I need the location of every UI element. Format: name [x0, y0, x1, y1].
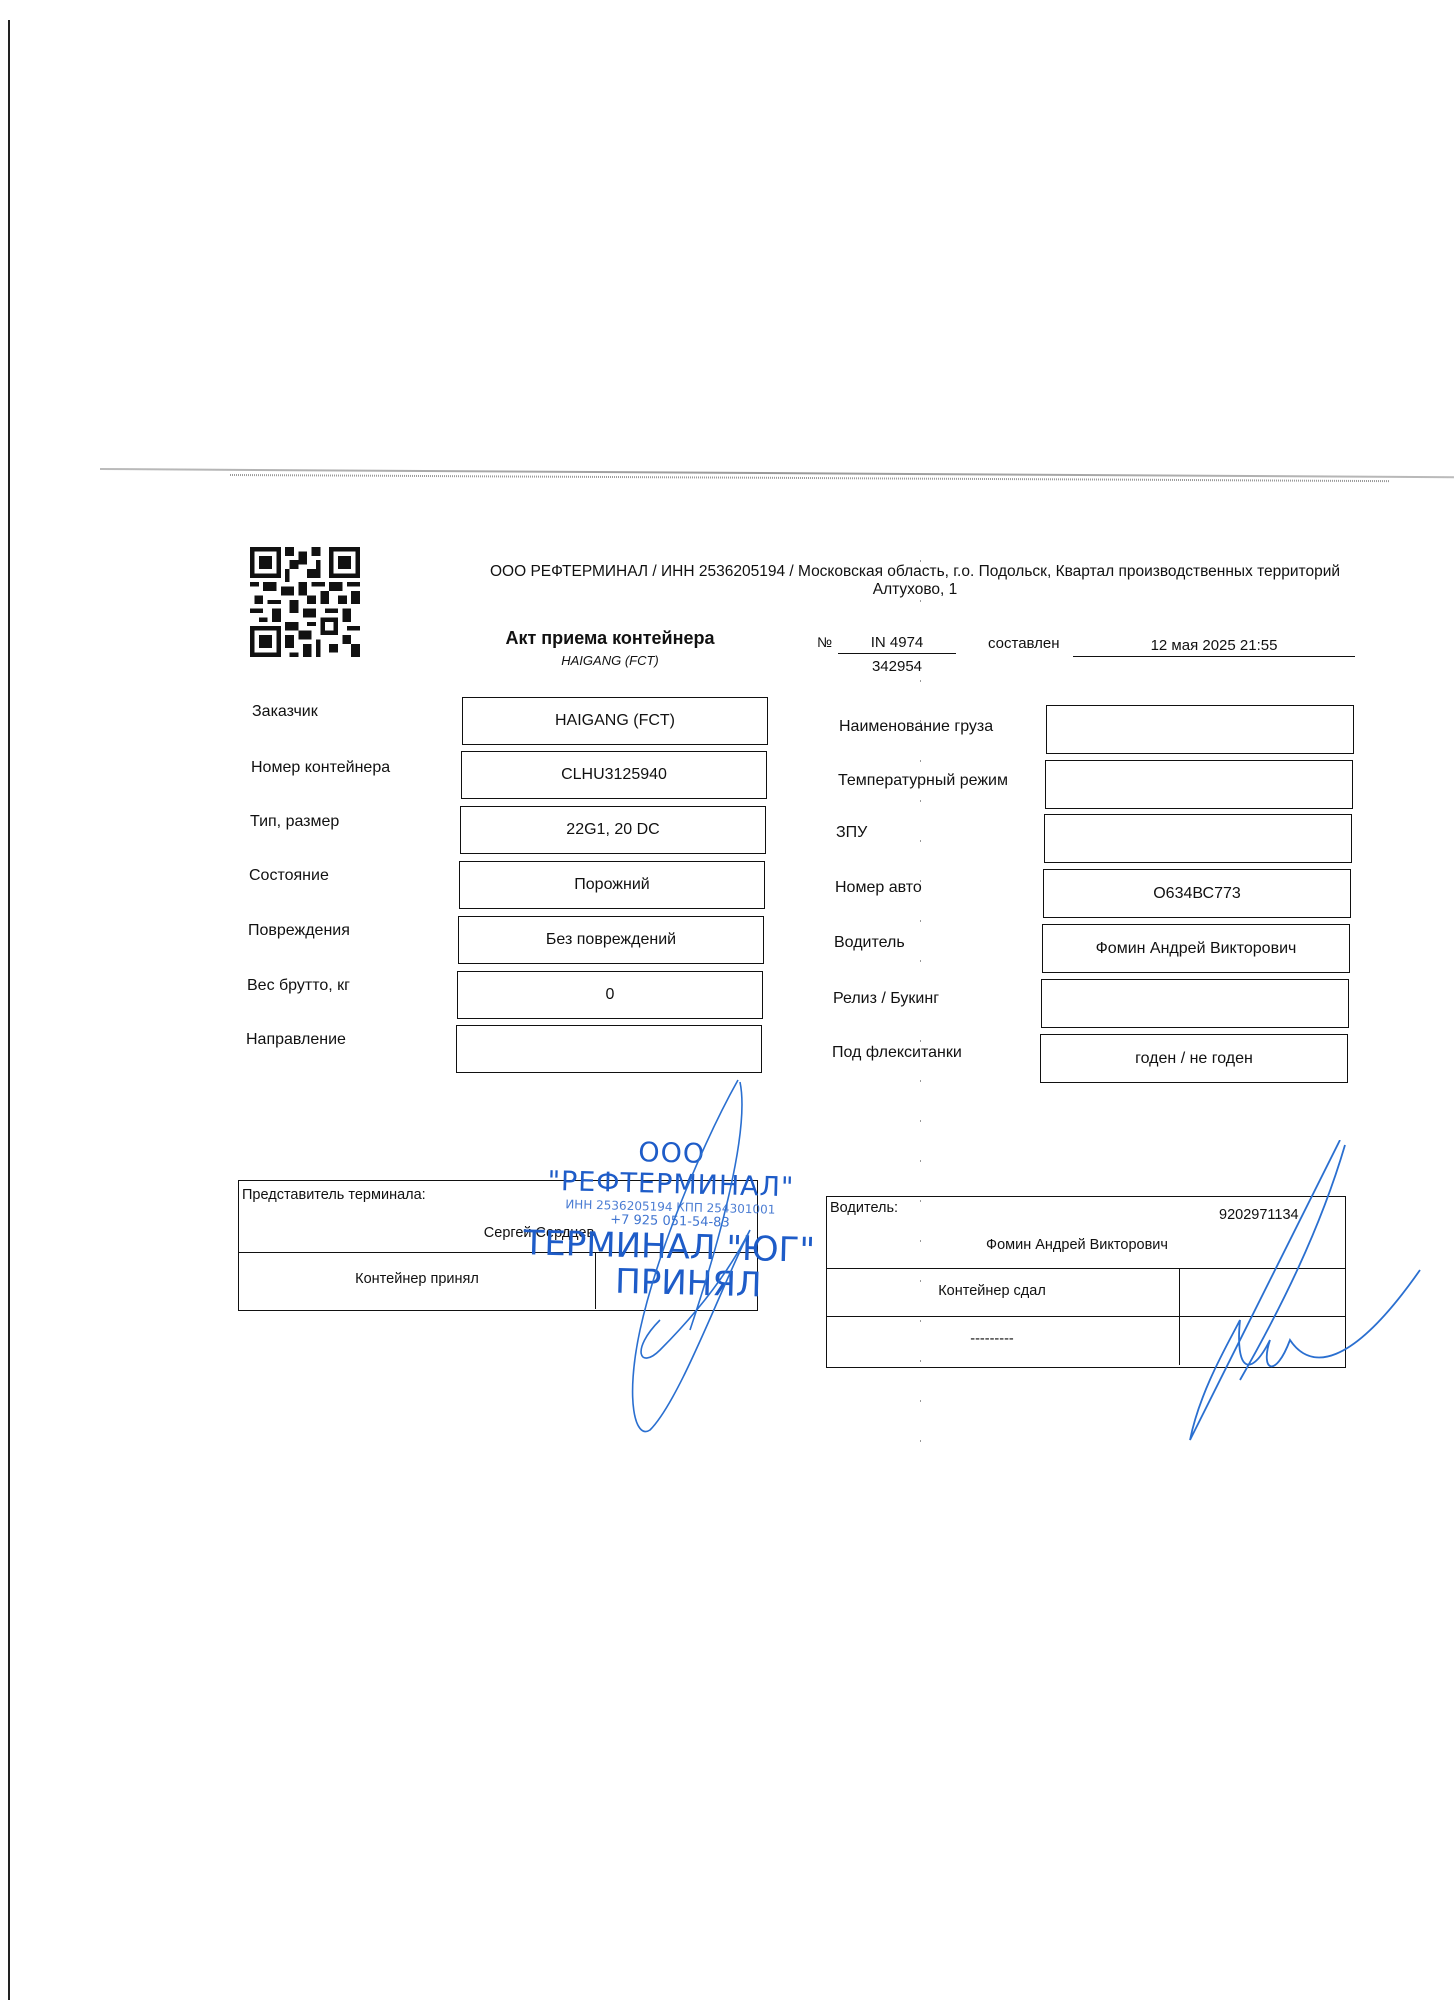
field-label: Состояние [249, 867, 329, 885]
field-seal [1044, 814, 1352, 863]
field-label: Направление [246, 1031, 346, 1049]
scan-edge [8, 20, 10, 2000]
field-label: Заказчик [252, 703, 318, 721]
document-title: Акт приема контейнера [470, 628, 750, 649]
company-line-1: ООО РЕФТЕРМИНАЛ / ИНН 2536205194 / Моско… [470, 563, 1360, 581]
qr-code-icon [250, 547, 360, 657]
number-sign: № [817, 634, 832, 650]
field-container-number: CLHU3125940 [461, 751, 767, 799]
container-handed-label: Контейнер сдал [827, 1283, 1157, 1299]
field-cargo-name [1046, 705, 1354, 754]
field-label: Тип, размер [250, 813, 339, 831]
field-condition: Порожний [459, 861, 765, 909]
field-vehicle-number: О634ВС773 [1043, 869, 1351, 918]
field-driver: Фомин Андрей Викторович [1042, 924, 1350, 973]
field-label: Номер контейнера [251, 759, 390, 777]
field-temperature [1045, 760, 1353, 809]
field-label: Повреждения [248, 922, 350, 940]
field-type-size: 22G1, 20 DC [460, 806, 766, 854]
field-damage: Без повреждений [458, 916, 764, 964]
terminal-rep-label: Представитель терминала: [242, 1187, 426, 1203]
field-label: Под флекситанки [832, 1044, 962, 1062]
company-info: ООО РЕФТЕРМИНАЛ / ИНН 2536205194 / Моско… [470, 563, 1360, 599]
document-number: IN 4974 [838, 634, 956, 654]
field-label: Вес брутто, кг [247, 977, 350, 995]
driver-extra-value: --------- [827, 1331, 1157, 1347]
document-number-sub: 342954 [838, 658, 956, 675]
driver-label: Водитель: [830, 1200, 898, 1216]
field-label: Релиз / Букинг [833, 990, 939, 1008]
field-label: ЗПУ [836, 824, 867, 842]
document-subtitle: HAIGANG (FCT) [470, 653, 750, 668]
field-direction [456, 1025, 762, 1073]
company-line-2: Алтухово, 1 [470, 581, 1360, 599]
terminal-signature-icon [600, 1070, 760, 1450]
field-gross-weight: 0 [457, 971, 763, 1019]
field-customer: HAIGANG (FCT) [462, 697, 768, 745]
driver-signature-icon [1180, 1140, 1440, 1460]
field-label: Номер авто [835, 879, 922, 897]
field-label: Температурный режим [838, 772, 1008, 790]
field-label: Водитель [834, 934, 905, 952]
field-flexitank: годен / не годен [1040, 1034, 1348, 1083]
field-release-booking [1041, 979, 1349, 1028]
composed-label: составлен [988, 635, 1060, 652]
composed-date: 12 мая 2025 21:55 [1073, 637, 1355, 657]
field-label: Наименование груза [839, 718, 993, 736]
